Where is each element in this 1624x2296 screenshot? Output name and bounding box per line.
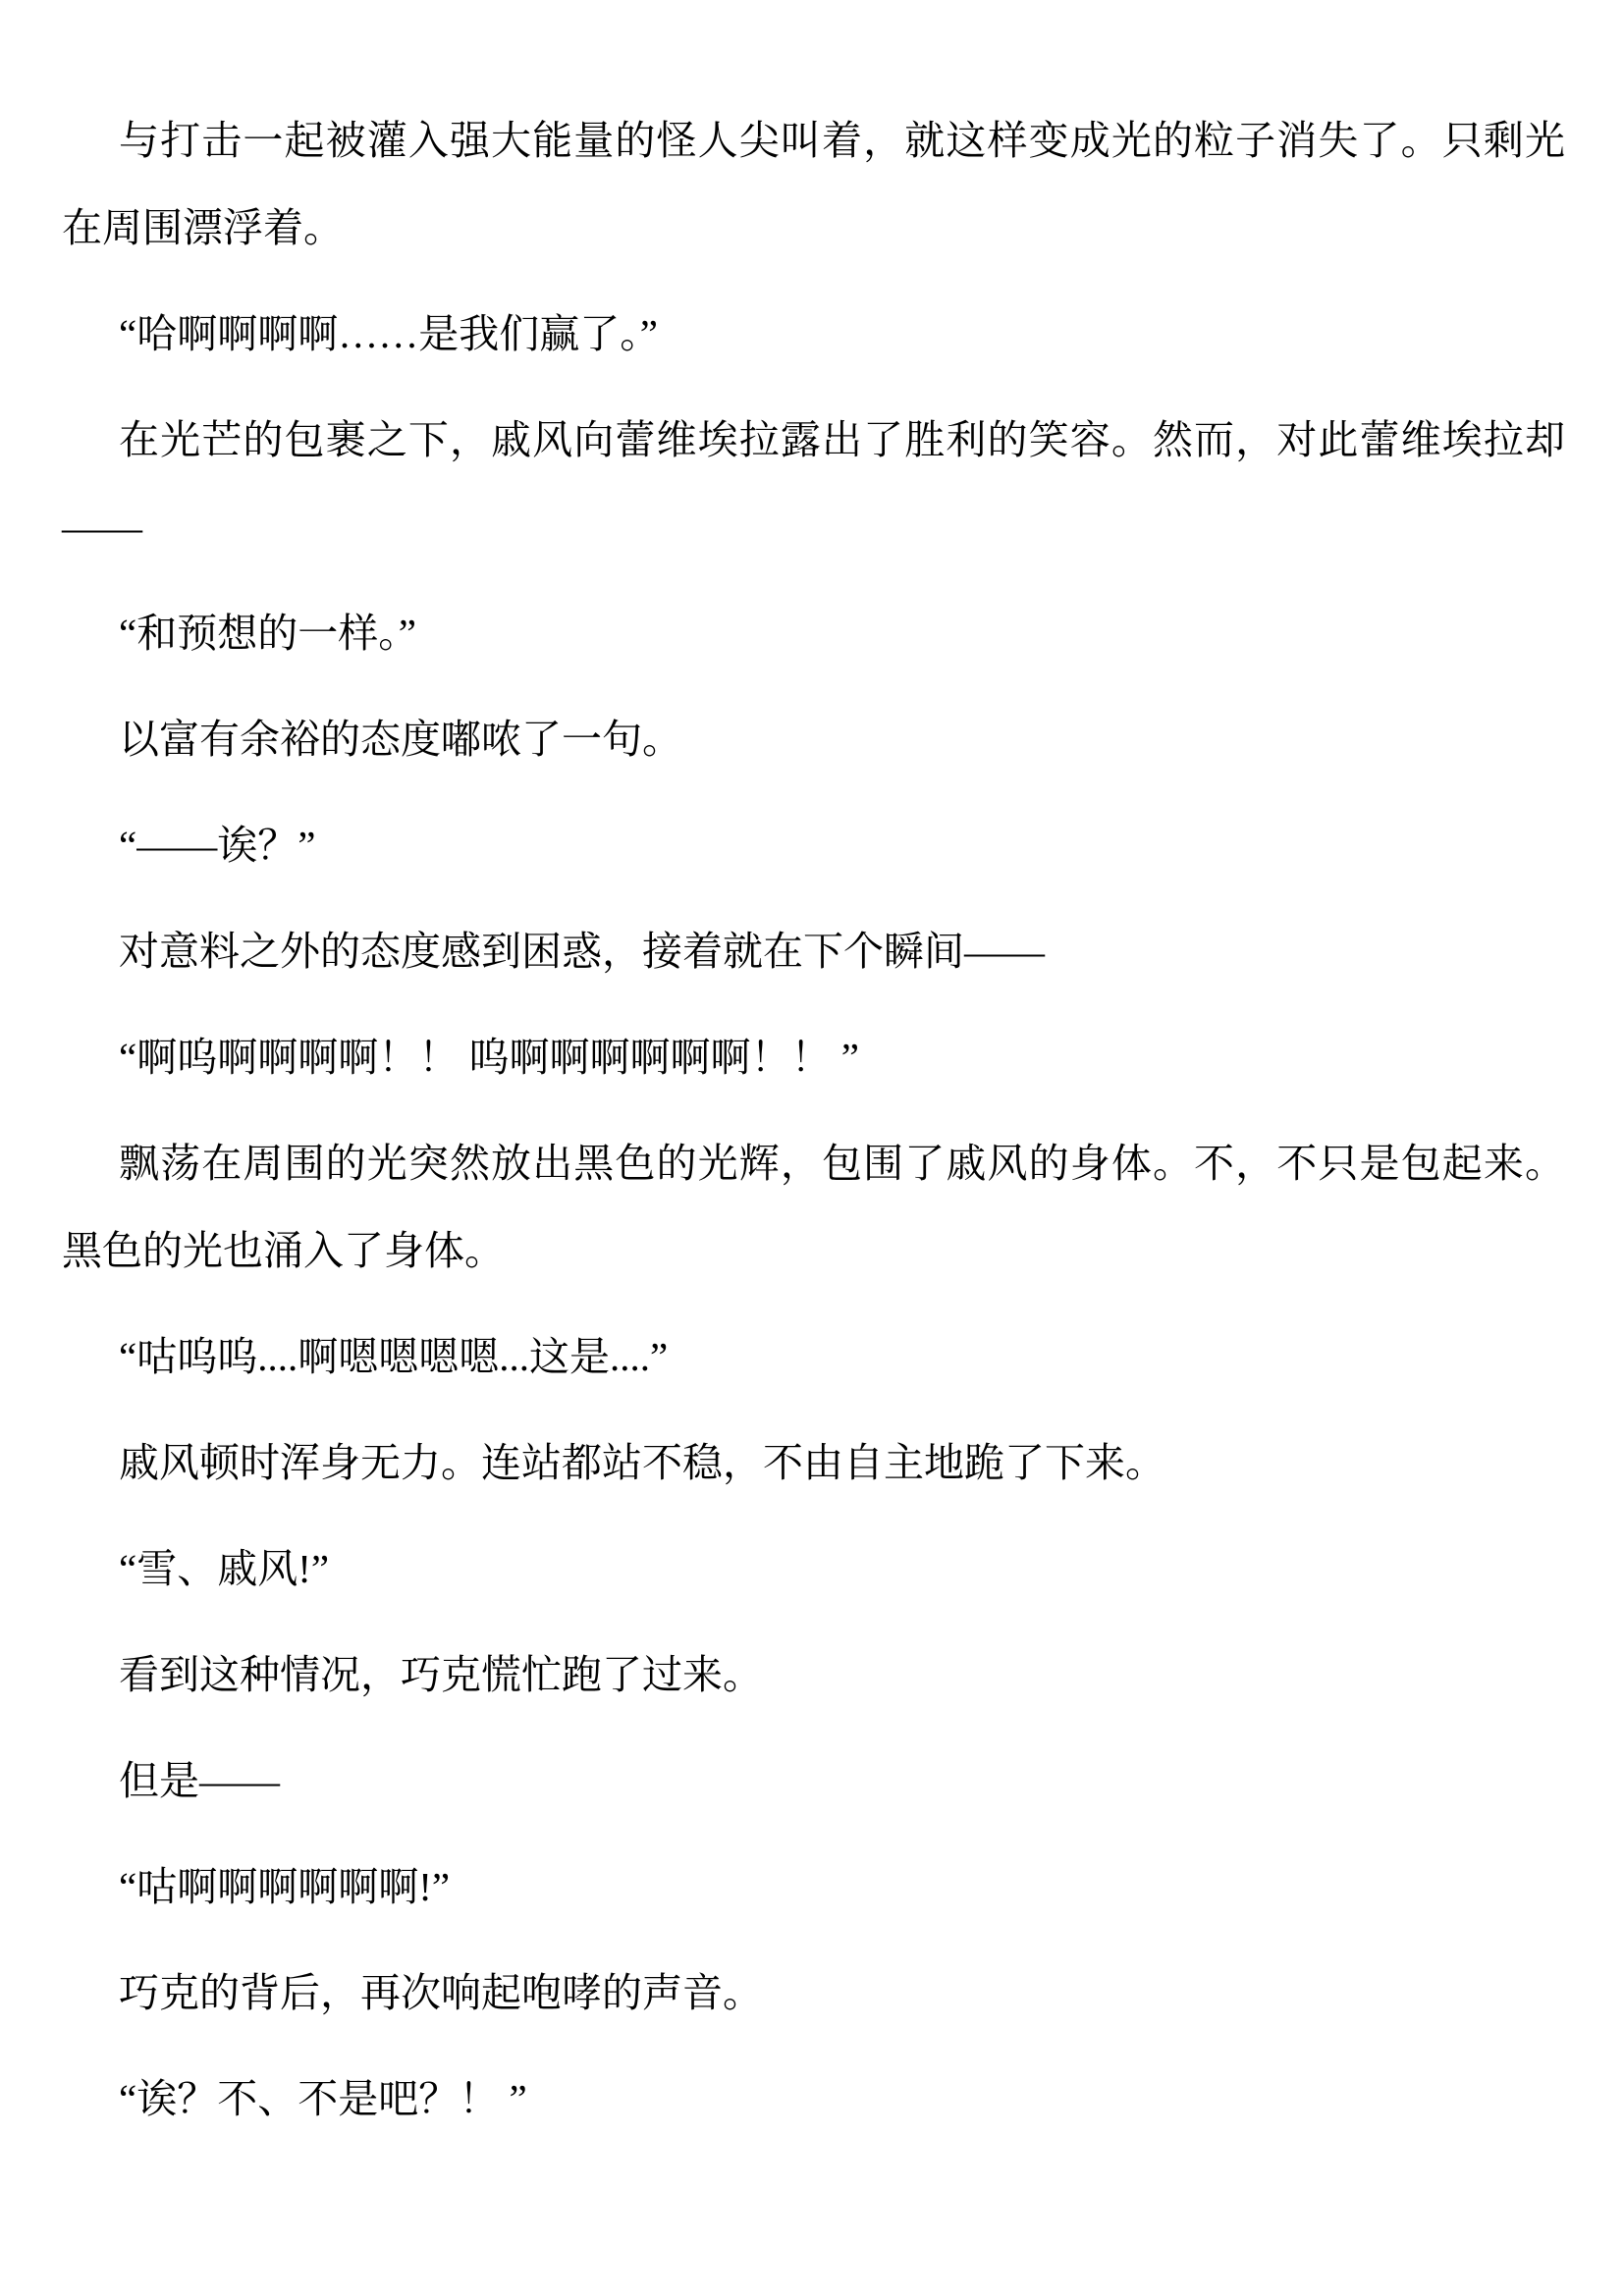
paragraph-dialogue: “咕啊啊啊啊啊啊!” xyxy=(62,1843,1565,1931)
paragraph-dialogue: “雪、戚风!” xyxy=(62,1525,1565,1613)
paragraph-narration: 对意料之外的态度感到困惑，接着就在下个瞬间—— xyxy=(62,908,1565,995)
novel-page: 与打击一起被灌入强大能量的怪人尖叫着，就这样变成光的粒子消失了。只剩光在周围漂浮… xyxy=(0,0,1624,2296)
paragraph-dialogue: “咕呜呜....啊嗯嗯嗯嗯...这是....” xyxy=(62,1313,1565,1401)
paragraph-narration: 飘荡在周围的光突然放出黑色的光辉，包围了戚风的身体。不，不只是包起来。黑色的光也… xyxy=(62,1120,1565,1295)
paragraph-narration: 但是—— xyxy=(62,1737,1565,1825)
paragraph-narration: 与打击一起被灌入强大能量的怪人尖叫着，就这样变成光的粒子消失了。只剩光在周围漂浮… xyxy=(62,97,1565,272)
paragraph-narration: 看到这种情况，巧克慌忙跑了过来。 xyxy=(62,1631,1565,1719)
paragraph-narration: 巧克的背后，再次响起咆哮的声音。 xyxy=(62,1949,1565,2037)
paragraph-narration: 以富有余裕的态度嘟哝了一句。 xyxy=(62,696,1565,783)
paragraph-dialogue: “哈啊啊啊啊……是我们赢了。” xyxy=(62,291,1565,378)
paragraph-dialogue: “诶？不、不是吧？！ ” xyxy=(62,2056,1565,2143)
paragraph-narration: 戚风顿时浑身无力。连站都站不稳，不由自主地跪了下来。 xyxy=(62,1419,1565,1507)
paragraph-narration: 在光芒的包裹之下，戚风向蕾维埃拉露出了胜利的笑容。然而，对此蕾维埃拉却—— xyxy=(62,397,1565,571)
paragraph-dialogue: “啊呜啊啊啊啊！！ 呜啊啊啊啊啊啊！！ ” xyxy=(62,1014,1565,1101)
paragraph-dialogue: “和预想的一样。” xyxy=(62,590,1565,677)
paragraph-dialogue: “——诶？” xyxy=(62,802,1565,889)
